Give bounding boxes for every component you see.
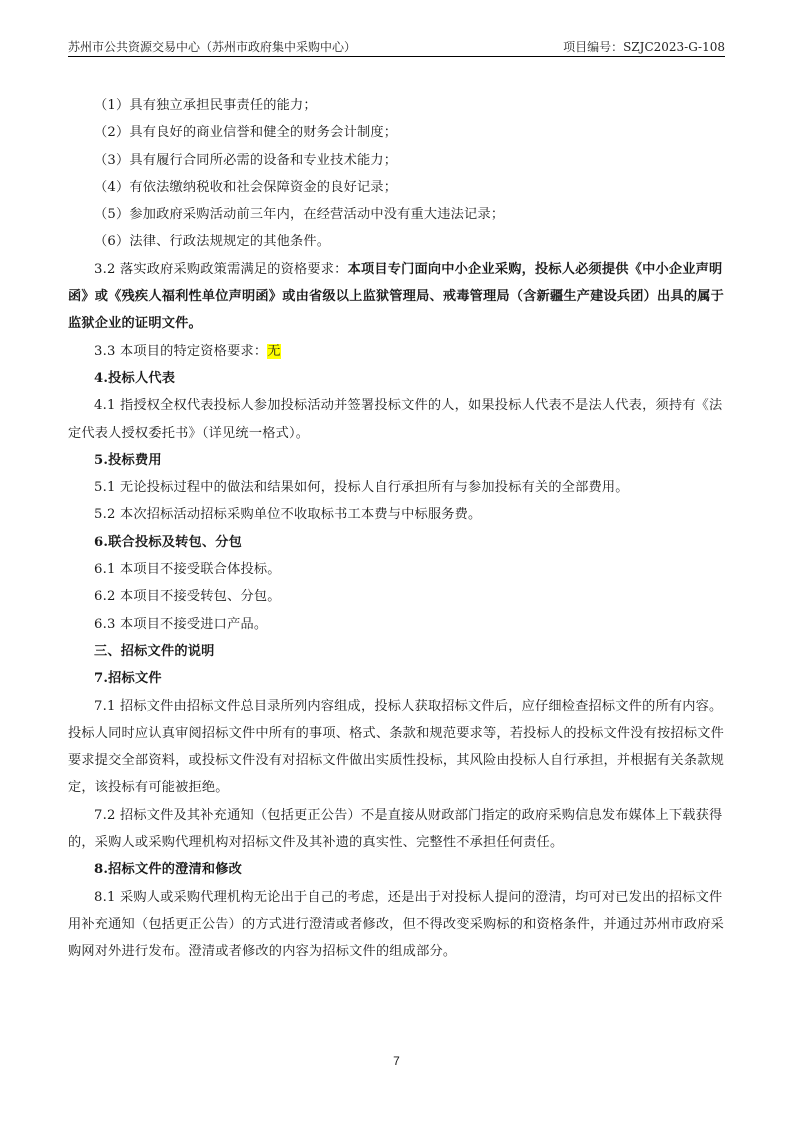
- page-number: 7: [0, 1054, 793, 1068]
- heading-5: 5.投标费用: [68, 447, 725, 474]
- section-8-1: 8.1 采购人或采购代理机构无论出于自己的考虑，还是出于对投标人提问的澄清，均可…: [68, 884, 725, 966]
- section-6-3: 6.3 本项目不接受进口产品。: [68, 611, 725, 638]
- header-project-number: 项目编号：SZJC2023-G-108: [563, 38, 725, 55]
- list-item: （1）具有独立承担民事责任的能力；: [68, 92, 725, 119]
- heading-7: 7.招标文件: [68, 665, 725, 692]
- heading-6: 6.联合投标及转包、分包: [68, 529, 725, 556]
- section-3-2: 3.2 落实政府采购政策需满足的资格要求：本项目专门面向中小企业采购，投标人必须…: [68, 256, 725, 338]
- list-item: （3）具有履行合同所必需的设备和专业技术能力；: [68, 147, 725, 174]
- highlighted-value: 无: [267, 344, 280, 359]
- section-3-2-label: 3.2 落实政府采购政策需满足的资格要求：: [94, 262, 348, 277]
- part-3-heading: 三、招标文件的说明: [68, 638, 725, 665]
- section-3-3-label: 3.3 本项目的特定资格要求：: [94, 344, 267, 359]
- list-item: （5）参加政府采购活动前三年内，在经营活动中没有重大违法记录；: [68, 201, 725, 228]
- section-6-1: 6.1 本项目不接受联合体投标。: [68, 556, 725, 583]
- header-organization: 苏州市公共资源交易中心（苏州市政府集中采购中心）: [68, 38, 356, 55]
- section-4-1: 4.1 指授权全权代表投标人参加投标活动并签署投标文件的人，如果投标人代表不是法…: [68, 392, 725, 447]
- page-header: 苏州市公共资源交易中心（苏州市政府集中采购中心） 项目编号：SZJC2023-G…: [68, 36, 725, 57]
- section-5-1: 5.1 无论投标过程中的做法和结果如何，投标人自行承担所有与参加投标有关的全部费…: [68, 474, 725, 501]
- heading-4: 4.投标人代表: [68, 365, 725, 392]
- list-item: （6）法律、行政法规规定的其他条件。: [68, 228, 725, 255]
- list-item: （4）有依法缴纳税收和社会保障资金的良好记录；: [68, 174, 725, 201]
- section-6-2: 6.2 本项目不接受转包、分包。: [68, 583, 725, 610]
- section-5-2: 5.2 本次招标活动招标采购单位不收取标书工本费与中标服务费。: [68, 501, 725, 528]
- section-7-1: 7.1 招标文件由招标文件总目录所列内容组成，投标人获取招标文件后，应仔细检查招…: [68, 693, 725, 802]
- heading-8: 8.招标文件的澄清和修改: [68, 856, 725, 883]
- document-body: （1）具有独立承担民事责任的能力； （2）具有良好的商业信誉和健全的财务会计制度…: [68, 92, 725, 966]
- list-item: （2）具有良好的商业信誉和健全的财务会计制度；: [68, 119, 725, 146]
- section-3-3: 3.3 本项目的特定资格要求：无: [68, 338, 725, 365]
- section-7-2: 7.2 招标文件及其补充通知（包括更正公告）不是直接从财政部门指定的政府采购信息…: [68, 802, 725, 857]
